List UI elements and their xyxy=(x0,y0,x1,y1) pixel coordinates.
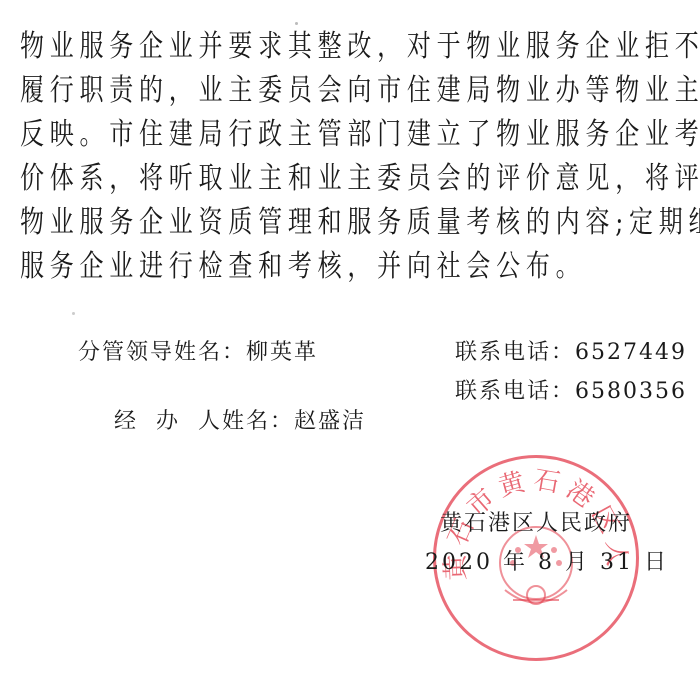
handler-label: 经 办 人姓名： xyxy=(114,409,294,434)
paragraph-line: 反映。市住建局行政主管部门建立了物业服务企业考核和信用评 xyxy=(20,113,564,157)
paragraph-line: 物业服务企业资质管理和服务质量考核的内容;定期组织对物业 xyxy=(20,201,564,245)
paragraph-line: 物业服务企业并要求其整改，对于物业服务企业拒不整改、拒不 xyxy=(20,25,564,69)
scan-speck xyxy=(295,22,298,25)
handler-name: 赵盛洁 xyxy=(294,409,366,434)
paragraph-line: 服务企业进行检查和考核，并向社会公布。 xyxy=(20,245,564,289)
issue-date: 2020 年 8 月 31 日 xyxy=(425,545,669,576)
supervisor-phone: 6527449 xyxy=(575,340,687,365)
supervisor-label: 分管领导姓名： xyxy=(78,340,246,365)
handler-phone: 6580356 xyxy=(575,379,687,404)
phone-label: 联系电话： xyxy=(455,340,575,365)
handler-name-row: 经 办 人姓名：赵盛洁 xyxy=(78,377,366,467)
phone-label: 联系电话： xyxy=(455,379,575,404)
supervisor-phone-row: 联系电话：6527449 xyxy=(455,338,687,368)
handler-phone-row: 联系电话：6580356 xyxy=(455,377,687,407)
supervisor-name-row: 分管领导姓名：柳英革 xyxy=(78,338,318,368)
issuer-name: 黄石港区人民政府 xyxy=(440,506,632,537)
paragraph-line: 价体系，将听取业主和业主委员会的评价意见，将评价意见作为 xyxy=(20,157,564,201)
paragraph-line: 履行职责的，业主委员会向市住建局物业办等物业主管行业部门 xyxy=(20,69,564,113)
scan-speck xyxy=(72,312,75,315)
supervisor-name: 柳英革 xyxy=(246,340,318,365)
